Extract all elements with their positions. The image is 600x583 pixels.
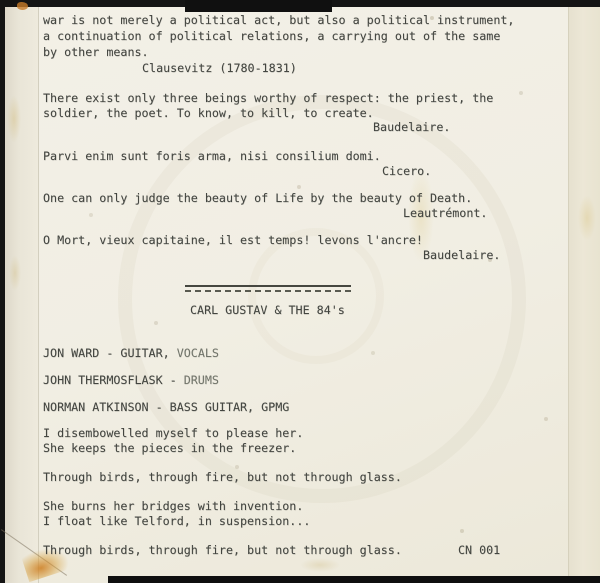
lyric-line: I float like Telford, in suspension... (43, 514, 310, 528)
lyric-line: Through birds, through fire, but not thr… (43, 543, 402, 557)
right-fold-edge (568, 7, 600, 577)
stain-top-left (17, 2, 28, 10)
credit-member: NORMAN ATKINSON - BASS GUITAR, GPMG (43, 400, 289, 414)
lyric-line: I disembowelled myself to please her. (43, 426, 303, 440)
divider-line (185, 285, 351, 292)
record-sleeve-photo: war is not merely a political act, but a… (0, 0, 600, 583)
quote-attribution: Cicero. (382, 164, 431, 178)
credit-instrument: DRUMS (184, 373, 219, 387)
lyric-line: She keeps the pieces in the freezer. (43, 441, 296, 455)
credit-member: JOHN THERMOSFLASK - (43, 373, 184, 387)
quote-line: war is not merely a political act, but a… (43, 13, 514, 27)
credit-line: JOHN THERMOSFLASK - DRUMS (43, 373, 219, 387)
quote-attribution: Leautrémont. (403, 206, 487, 220)
quote-line: One can only judge the beauty of Life by… (43, 191, 472, 205)
stain-left-lower (9, 255, 21, 291)
quote-attribution: Baudelaire. (373, 120, 450, 134)
quote-line: O Mort, vieux capitaine, il est temps! l… (43, 233, 423, 247)
quote-line: by other means. (43, 45, 149, 59)
stain-left-upper (7, 95, 21, 143)
lyric-line: Through birds, through fire, but not thr… (43, 470, 402, 484)
quote-attribution: Clausevitz (1780-1831) (142, 61, 297, 75)
quote-line: Parvi enim sunt foris arma, nisi consili… (43, 149, 381, 163)
credit-line: NORMAN ATKINSON - BASS GUITAR, GPMG (43, 400, 289, 414)
band-name: CARL GUSTAV & THE 84's (190, 303, 345, 317)
quote-line: There exist only three beings worthy of … (43, 91, 493, 105)
left-fold-edge (5, 7, 39, 583)
bottom-gap-shadow (108, 576, 600, 583)
quote-line: soldier, the poet. To know, to kill, to … (43, 106, 374, 120)
quote-line: a continuation of political relations, a… (43, 29, 500, 43)
stain-bottom-middle (300, 558, 340, 572)
quote-attribution: Baudelaire. (423, 248, 500, 262)
stain-right-edge (578, 195, 596, 241)
top-gap-shadow (185, 0, 332, 12)
paper-speckles (0, 0, 2, 2)
credit-instrument: VOCALS (177, 346, 219, 360)
record-label-impression (248, 228, 384, 364)
credit-line: JON WARD - GUITAR, VOCALS (43, 346, 219, 360)
credit-member: JON WARD - GUITAR, (43, 346, 177, 360)
lyric-line: She burns her bridges with invention. (43, 499, 303, 513)
catalog-number: CN 001 (458, 543, 500, 557)
